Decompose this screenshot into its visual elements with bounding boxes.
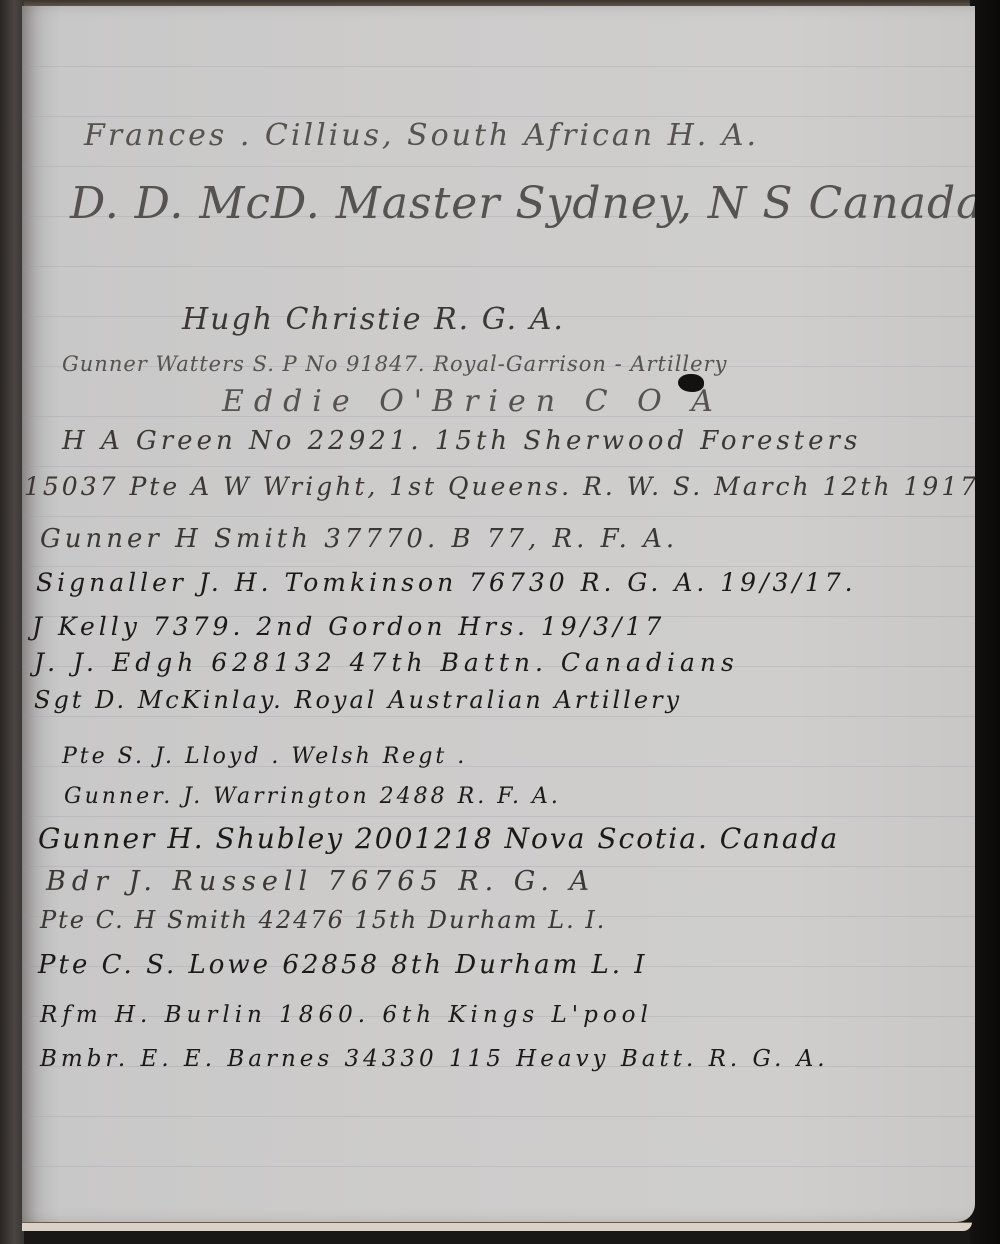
ruled-line [22, 816, 975, 817]
signature-entry: H A Green No 22921. 15th Sherwood Forest… [62, 426, 861, 456]
signature-entry: Hugh Christie R. G. A. [182, 302, 565, 337]
autograph-page: Frances . Cillius, South African H. A. D… [22, 6, 975, 1222]
ruled-line [22, 1116, 975, 1117]
ruled-line [22, 116, 975, 117]
signature-entry: Signaller J. H. Tomkinson 76730 R. G. A.… [36, 568, 857, 597]
signature-entry: Bdr J. Russell 76765 R. G. A [46, 866, 595, 897]
signature-entry: Gunner H Smith 37770. B 77, R. F. A. [40, 524, 678, 554]
page-stack-edge [22, 1222, 972, 1231]
signature-entry: J Kelly 7379. 2nd Gordon Hrs. 19/3/17 [32, 612, 665, 641]
ruled-line [22, 716, 975, 717]
signature-entry: Gunner Watters S. P No 91847. Royal-Garr… [62, 352, 727, 376]
signature-entry: Rfm H. Burlin 1860. 6th Kings L'pool [40, 1002, 653, 1028]
ruled-line [22, 266, 975, 267]
signature-entry: Bmbr. E. E. Barnes 34330 115 Heavy Batt.… [40, 1046, 829, 1072]
ruled-line [22, 166, 975, 167]
ruled-line [22, 466, 975, 467]
signature-entry: 15037 Pte A W Wright, 1st Queens. R. W. … [24, 472, 975, 501]
ruled-line [22, 66, 975, 67]
signature-entry: Pte C. S. Lowe 62858 8th Durham L. I [38, 950, 648, 980]
signature-entry: Gunner H. Shubley 2001218 Nova Scotia. C… [38, 822, 839, 855]
ruled-line [22, 566, 975, 567]
signature-entry: Pte S. J. Lloyd . Welsh Regt . [62, 744, 467, 769]
book-spine-cover [0, 0, 24, 1244]
signature-entry: J. J. Edgh 628132 47th Battn. Canadians [34, 648, 739, 677]
ruled-line [22, 1166, 975, 1167]
signature-entry: Sgt D. McKinlay. Royal Australian Artill… [34, 686, 682, 714]
ink-blot [678, 374, 704, 392]
signature-entry: Eddie O'Brien C O A [222, 384, 723, 419]
signature-entry: Frances . Cillius, South African H. A. [84, 118, 759, 153]
signature-entry: Gunner. J. Warrington 2488 R. F. A. [64, 784, 561, 809]
ruled-line [22, 516, 975, 517]
signature-entry: D. D. McD. Master Sydney, N S Canada [70, 178, 975, 229]
signature-entry: Pte C. H Smith 42476 15th Durham L. I. [40, 906, 606, 934]
